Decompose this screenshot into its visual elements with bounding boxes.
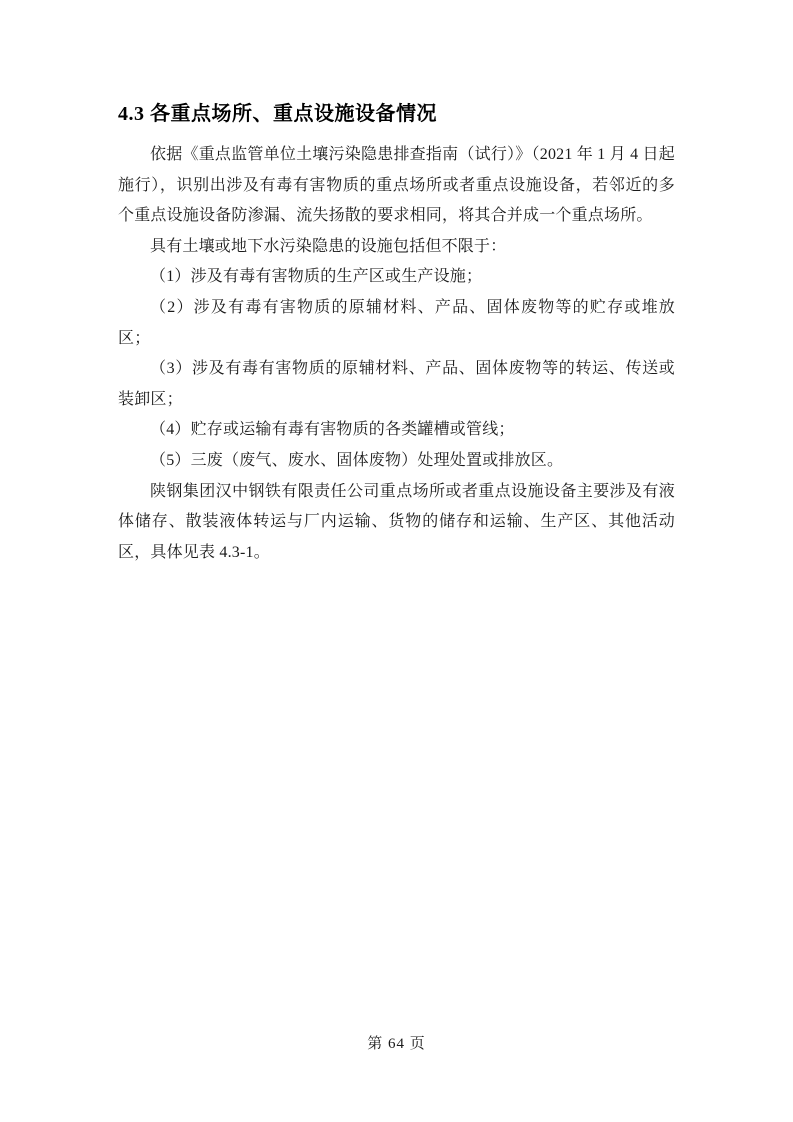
list-item-5: （5）三废（废气、废水、固体废物）处理处置或排放区。 xyxy=(118,446,675,477)
document-content: 4.3 各重点场所、重点设施设备情况 依据《重点监管单位土壤污染隐患排查指南（试… xyxy=(118,100,675,568)
section-heading: 4.3 各重点场所、重点设施设备情况 xyxy=(118,100,675,128)
list-item-4: （4）贮存或运输有毒有害物质的各类罐槽或管线； xyxy=(118,415,675,446)
paragraph-conclusion: 陕钢集团汉中钢铁有限责任公司重点场所或者重点设施设备主要涉及有液体储存、散装液体… xyxy=(118,477,675,569)
list-item-2: （2）涉及有毒有害物质的原辅材料、产品、固体废物等的贮存或堆放区； xyxy=(118,293,675,354)
list-item-3: （3）涉及有毒有害物质的原辅材料、产品、固体废物等的转运、传送或装卸区； xyxy=(118,354,675,415)
list-item-1: （1）涉及有毒有害物质的生产区或生产设施； xyxy=(118,262,675,293)
page-footer: 第 64 页 xyxy=(0,1034,793,1054)
paragraph-intro: 依据《重点监管单位土壤污染隐患排查指南（试行）》（2021 年 1 月 4 日起… xyxy=(118,140,675,232)
paragraph-list-lead: 具有土壤或地下水污染隐患的设施包括但不限于： xyxy=(118,232,675,263)
document-page: 4.3 各重点场所、重点设施设备情况 依据《重点监管单位土壤污染隐患排查指南（试… xyxy=(0,0,793,1122)
page-number: 第 64 页 xyxy=(367,1036,426,1052)
